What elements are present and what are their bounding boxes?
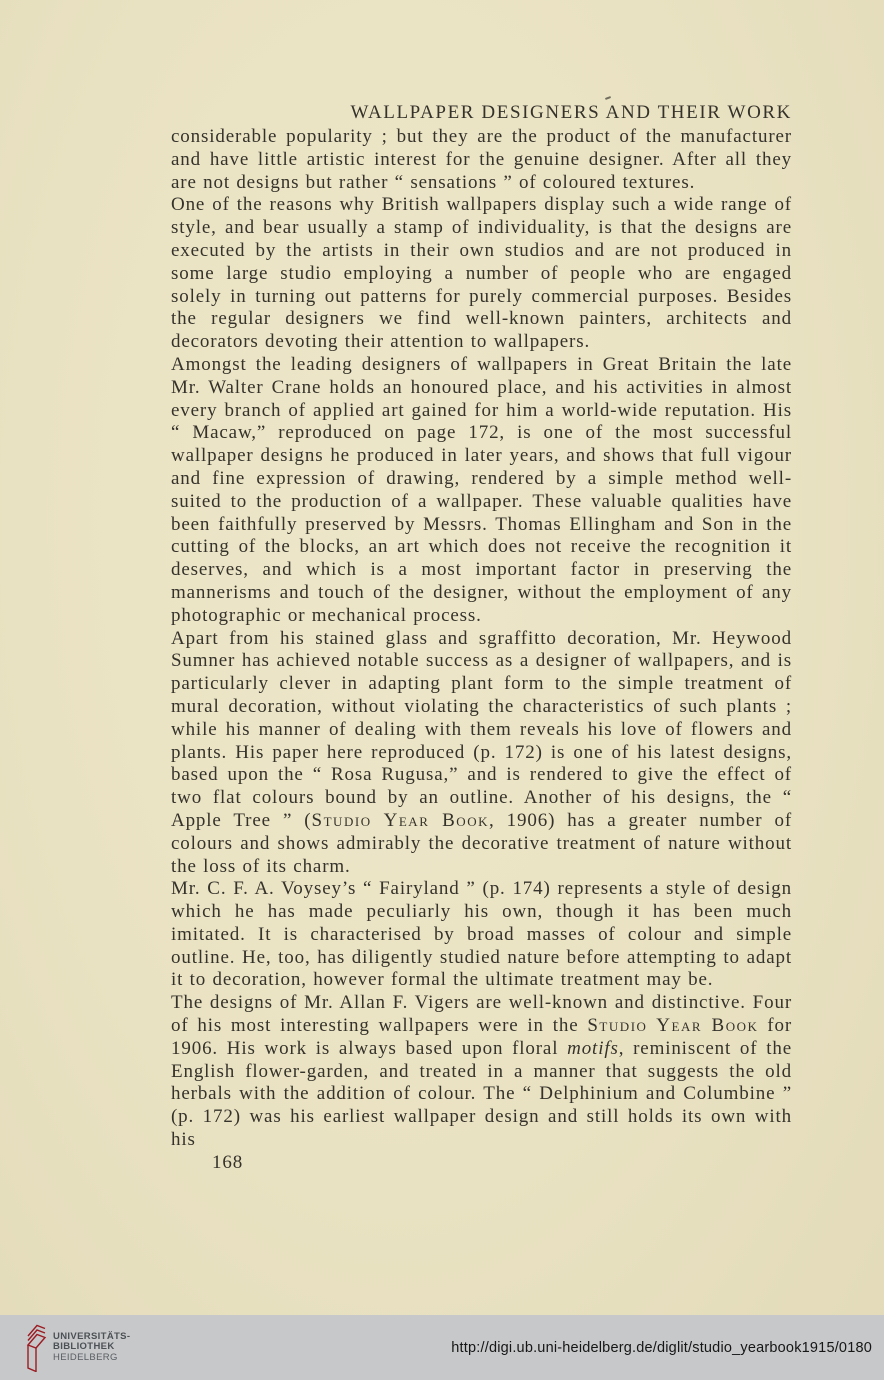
- library-logo-text: UNIVERSITÄTS- BIBLIOTHEK HEIDELBERG: [53, 1332, 130, 1364]
- page-text: considerable popularity ; but they are t…: [171, 126, 792, 1175]
- logo-line-heidelberg: HEIDELBERG: [53, 1353, 130, 1364]
- paragraph: One of the reasons why British wallpaper…: [171, 194, 792, 354]
- source-url: http://digi.ub.uni-heidelberg.de/diglit/…: [451, 1340, 872, 1356]
- paragraph: considerable popularity ; but they are t…: [171, 126, 792, 194]
- open-book-logo-icon: [26, 1324, 47, 1372]
- paragraph: Mr. C. F. A. Voysey’s “ Fairyland ” (p. …: [171, 878, 792, 992]
- paragraph: Amongst the leading designers of wallpap…: [171, 354, 792, 628]
- scan-speck: [605, 96, 611, 100]
- book-page-scan: WALLPAPER DESIGNERS AND THEIR WORK consi…: [0, 0, 884, 1380]
- library-logo: UNIVERSITÄTS- BIBLIOTHEK HEIDELBERG: [26, 1324, 130, 1372]
- library-footer-bar: UNIVERSITÄTS- BIBLIOTHEK HEIDELBERG http…: [0, 1315, 884, 1380]
- page-number: 168: [171, 1152, 792, 1175]
- running-header: WALLPAPER DESIGNERS AND THEIR WORK: [351, 102, 792, 124]
- paragraph: Apart from his stained glass and sgraffi…: [171, 628, 792, 879]
- paragraph: The designs of Mr. Allan F. Vigers are w…: [171, 992, 792, 1152]
